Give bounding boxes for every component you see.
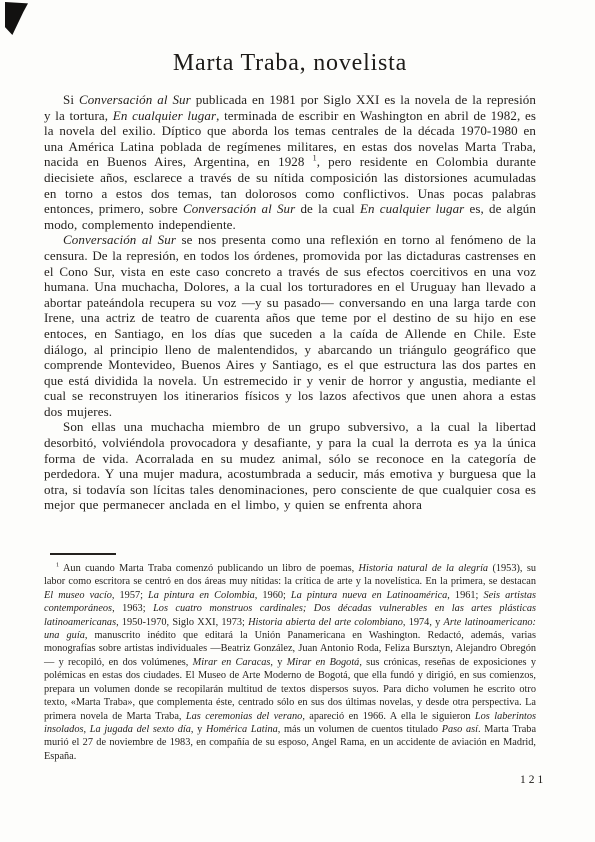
scanned-page: Marta Traba, novelista Si Conversación a… [0,0,595,842]
scan-smudge-mark [5,2,28,35]
footnote-text: 1 Aun cuando Marta Traba comenzó publica… [44,562,536,763]
page-number: 121 [520,774,546,786]
page-title: Marta Traba, novelista [44,50,536,77]
footnote-divider [50,553,116,555]
body-paragraph-1: Si Conversación al Sur publicada en 1981… [44,92,536,232]
body-paragraph-3: Son ellas una muchacha miembro de un gru… [44,419,536,513]
page-content: Marta Traba, novelista Si Conversación a… [44,50,536,763]
body-paragraph-2: Conversación al Sur se nos presenta como… [44,232,536,419]
